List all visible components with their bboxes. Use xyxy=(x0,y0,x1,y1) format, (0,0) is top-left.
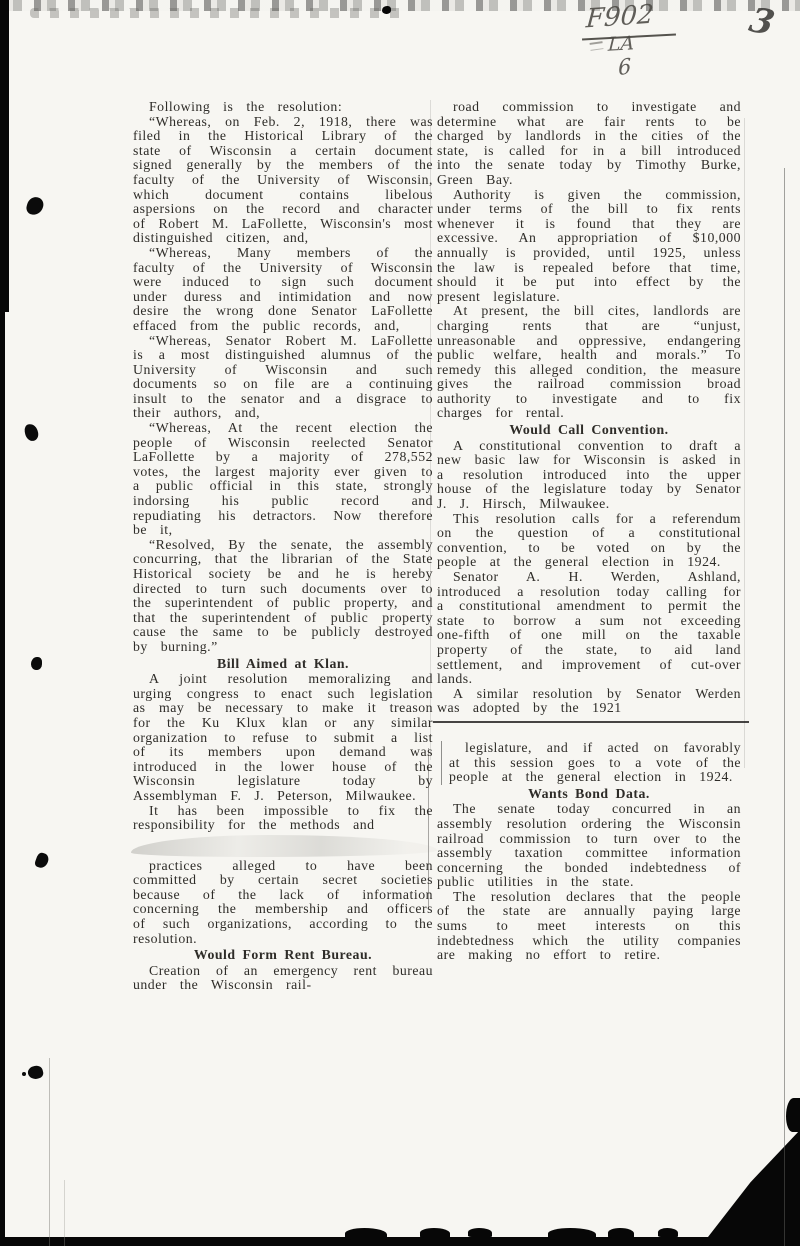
article-paragraph-pasted: legislature, and if acted on favorably a… xyxy=(441,741,741,785)
article-paragraph: The senate today concurred in an assembl… xyxy=(437,802,741,890)
handwritten-archive-code: F902 xyxy=(585,0,655,34)
article-paragraph: A similar resolution by Senator Werden w… xyxy=(437,687,741,716)
pencil-mark xyxy=(590,41,604,51)
scan-speck xyxy=(382,6,391,14)
article-paragraph: road commission to investigate and deter… xyxy=(437,100,741,188)
clipping-edge-line xyxy=(744,118,745,768)
scan-bottom-blot xyxy=(345,1228,387,1240)
scan-bottom-blot xyxy=(420,1228,450,1238)
ink-blot xyxy=(25,195,45,217)
scan-bottom-blot xyxy=(658,1228,678,1237)
article-paragraph: “Whereas, Senator Robert M. LaFollette i… xyxy=(133,334,433,422)
article-paragraph: Senator A. H. Werden, Ashland, introduce… xyxy=(437,570,741,687)
article-paragraph: “Resolved, By the senate, the assembly c… xyxy=(133,538,433,655)
handwritten-note: 6 xyxy=(618,54,632,81)
article-paragraph: practices alleged to have been committed… xyxy=(133,859,433,947)
ink-blot xyxy=(27,1064,45,1080)
article-paragraph: At present, the bill cites, landlords ar… xyxy=(437,304,741,421)
article-paragraph: “Whereas, on Feb. 2, 1918, there was fil… xyxy=(133,115,433,246)
article-column-left: Following is the resolution:“Whereas, on… xyxy=(133,100,433,993)
scan-bottom-blot xyxy=(548,1228,596,1240)
page-fold-line xyxy=(64,1180,65,1246)
ink-blot xyxy=(31,657,42,670)
scan-edge-bottom xyxy=(0,1237,800,1246)
ink-blot xyxy=(34,851,50,869)
ink-speck xyxy=(22,1072,26,1076)
scan-edge-left-wide xyxy=(0,0,9,312)
article-paragraph: A constitutional convention to draft a n… xyxy=(437,439,741,512)
article-paragraph: “Whereas, At the recent election the peo… xyxy=(133,421,433,538)
scan-bottom-blot xyxy=(468,1228,492,1237)
article-heading: Would Form Rent Bureau. xyxy=(133,948,433,963)
article-paragraph: This resolution calls for a referendum o… xyxy=(437,512,741,570)
clipping-tear-gap xyxy=(131,835,437,857)
page-fold-line xyxy=(49,1058,50,1246)
article-paragraph: Following is the resolution: xyxy=(133,100,433,115)
article-paragraph: The resolution declares that the people … xyxy=(437,890,741,963)
article-paragraph: Authority is given the commission, under… xyxy=(437,188,741,305)
handwritten-note: LA xyxy=(607,32,634,55)
article-paragraph: It has been impossible to fix the respon… xyxy=(133,804,433,833)
article-column-right: road commission to investigate and deter… xyxy=(437,100,741,963)
article-heading: Wants Bond Data. xyxy=(437,787,741,802)
scan-noise-top-smudge xyxy=(30,8,410,18)
scanned-newspaper-page: F902 LA 6 3 Following is the resolution:… xyxy=(0,0,800,1246)
scan-edge-blot xyxy=(786,1098,800,1132)
ink-blot xyxy=(24,423,40,442)
article-paragraph: “Whereas, Many members of the faculty of… xyxy=(133,246,433,334)
clipping-cut-line xyxy=(433,721,749,737)
article-paragraph: Creation of an emergency rent bureau und… xyxy=(133,964,433,993)
article-paragraph: A joint resolution memoralizing and urgi… xyxy=(133,672,433,803)
article-heading: Bill Aimed at Klan. xyxy=(133,657,433,672)
scan-bottom-blot xyxy=(608,1228,634,1238)
article-heading: Would Call Convention. xyxy=(437,423,741,438)
page-edge-line xyxy=(784,168,785,1246)
